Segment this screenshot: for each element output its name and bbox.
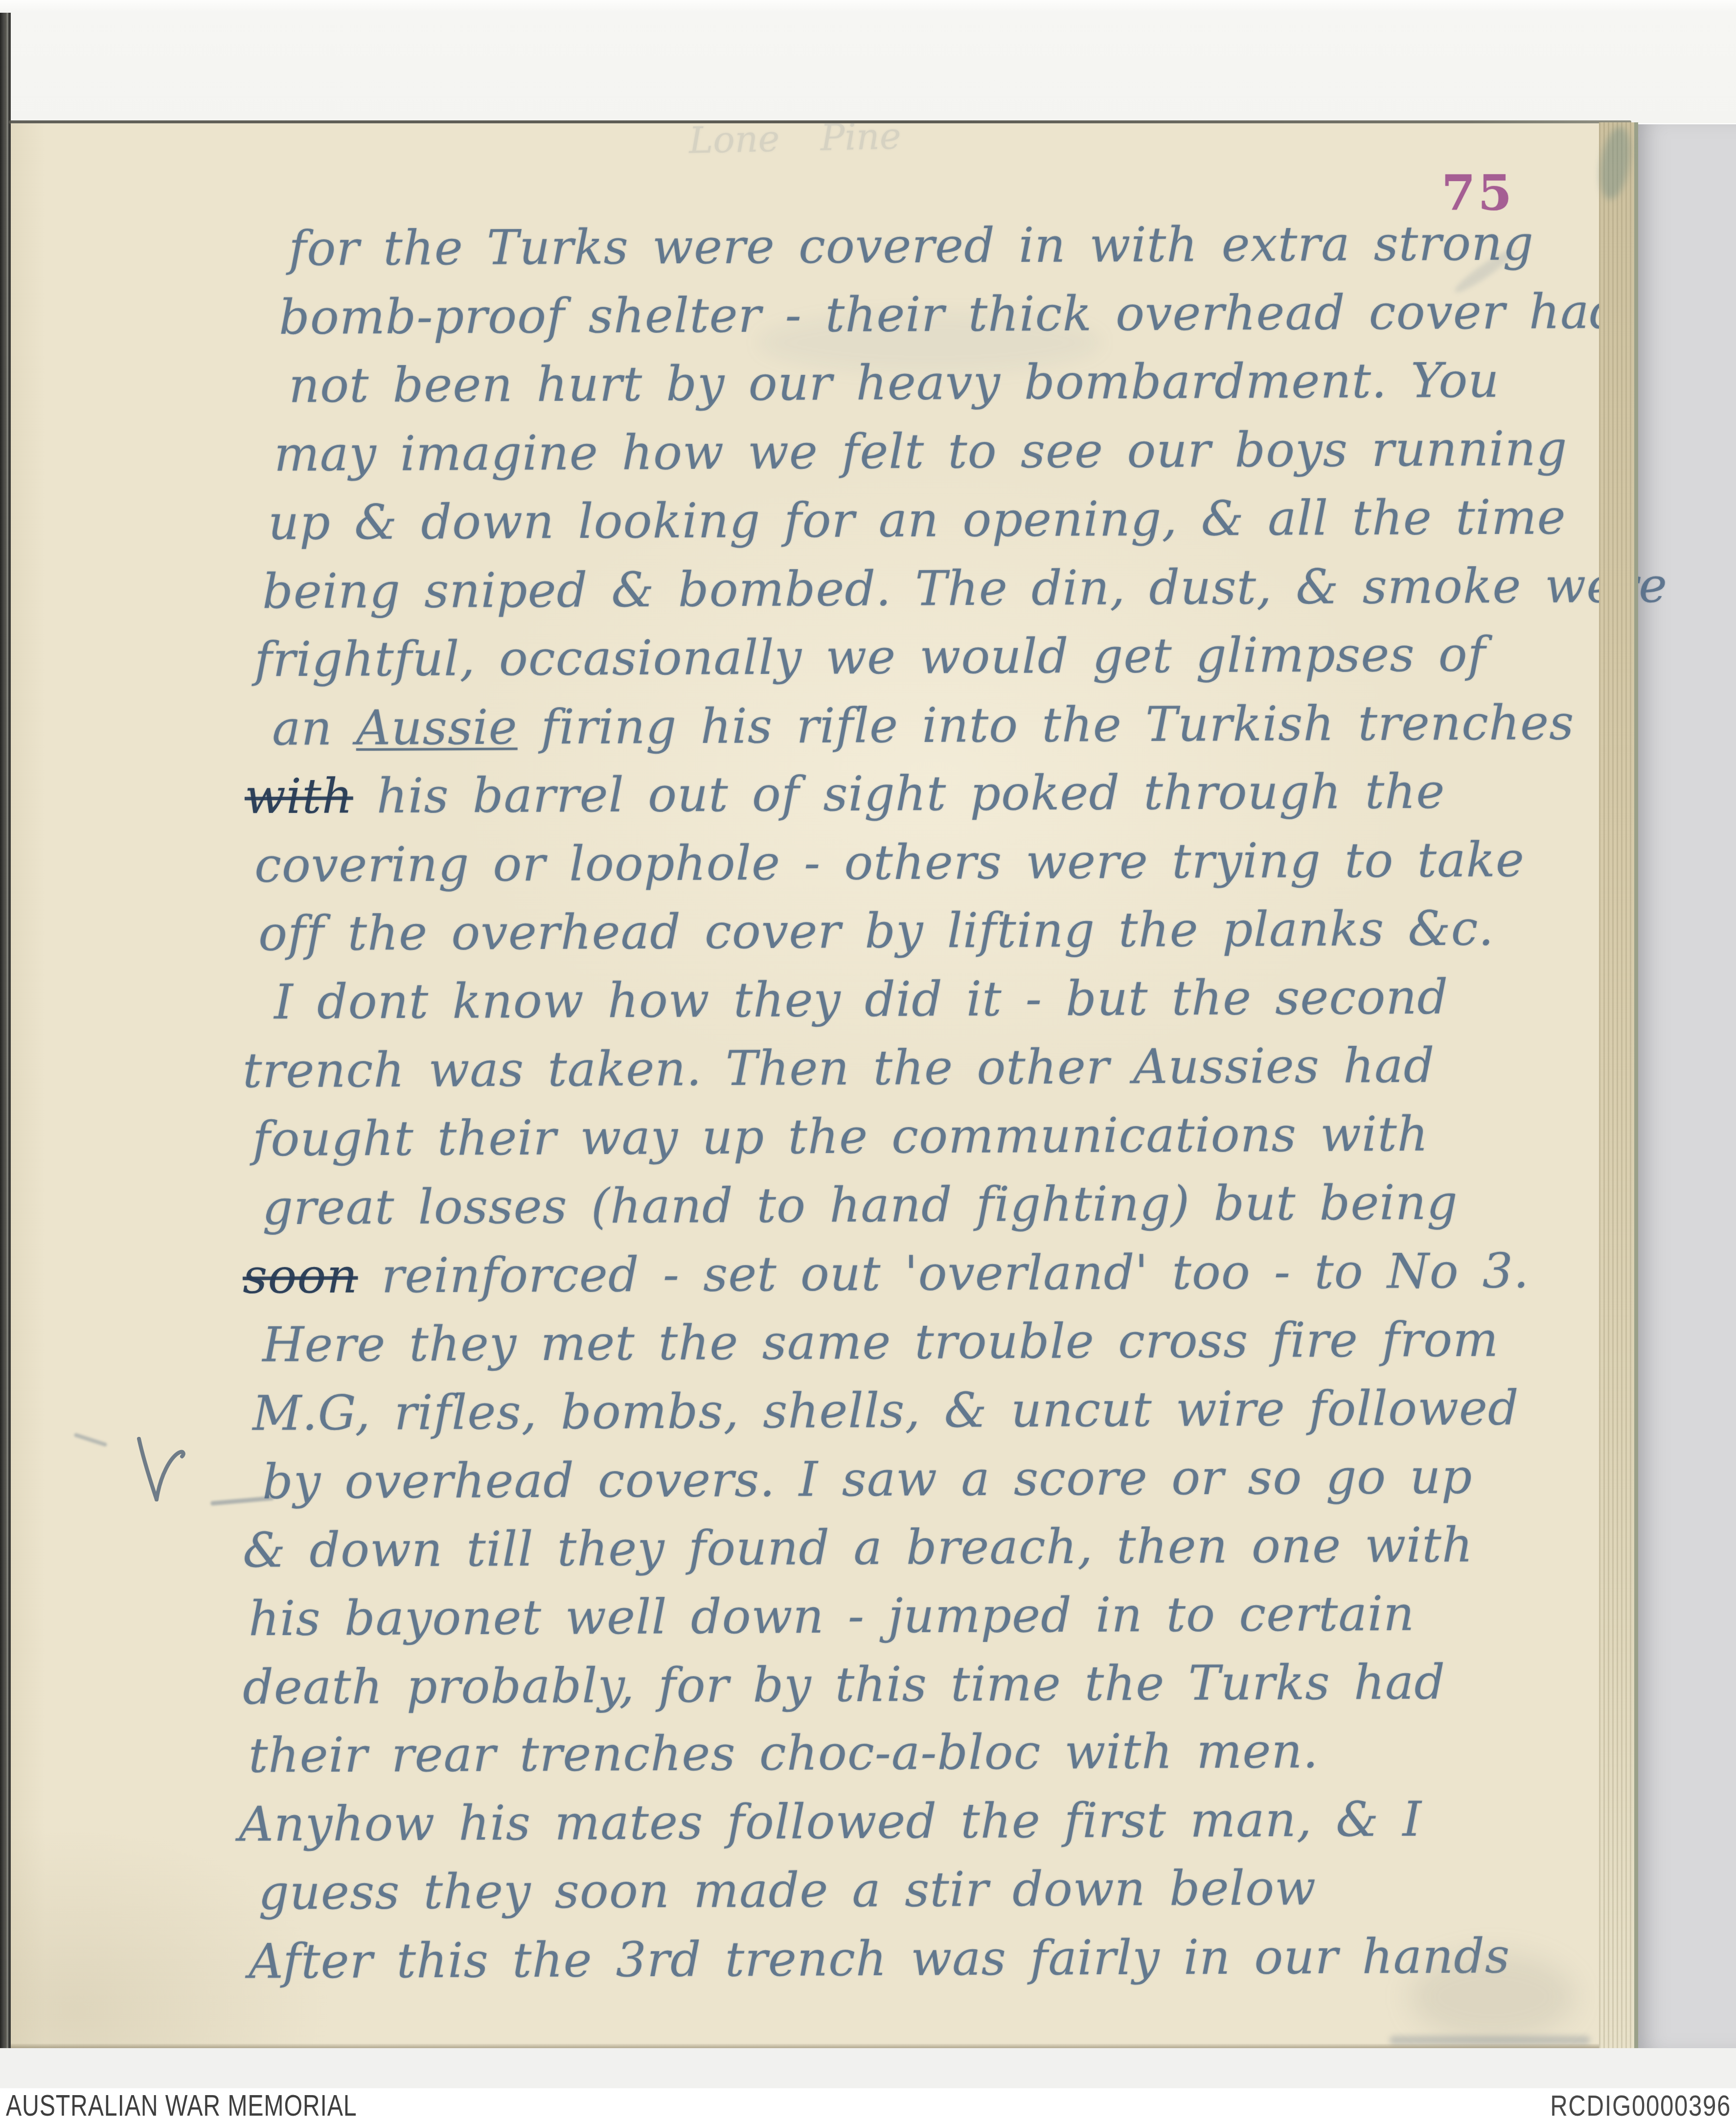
manuscript-word: looking	[578, 493, 760, 550]
manuscript-word: wire	[1176, 1381, 1286, 1437]
manuscript-word: I	[1402, 1792, 1422, 1847]
manuscript-word: Aussies	[1133, 1038, 1320, 1095]
manuscript-word: an	[878, 492, 939, 549]
manuscript-word: we	[825, 629, 896, 686]
manuscript-word: time	[1456, 489, 1566, 546]
manuscript-word: great	[262, 1179, 395, 1236]
manuscript-word: down	[309, 1522, 443, 1578]
manuscript-word: not	[289, 358, 369, 414]
manuscript-word: You	[1411, 353, 1500, 409]
manuscript-word: covered	[799, 218, 995, 275]
manuscript-word: had	[1343, 1038, 1435, 1094]
manuscript-word: trouble	[914, 1314, 1095, 1370]
manuscript-line: I dont know how they did it - but the se…	[274, 970, 1449, 1029]
manuscript-word: the	[1365, 764, 1445, 820]
manuscript-word: know	[452, 973, 584, 1029]
manuscript-line: off the overhead cover by lifting the pl…	[258, 901, 1494, 961]
manuscript-word: followed	[1309, 1380, 1519, 1437]
manuscript-line: with his barrel out of sight poked throu…	[245, 765, 1445, 824]
manuscript-word: by	[753, 1657, 812, 1713]
manuscript-word: this	[396, 1933, 489, 1989]
manuscript-word: the	[1171, 970, 1252, 1027]
manuscript-word: &	[1201, 491, 1244, 547]
manuscript-word: to	[948, 423, 997, 479]
manuscript-word: trench	[725, 1931, 888, 1987]
manuscript-word: loophole	[569, 835, 780, 892]
book-page-edges	[1599, 122, 1638, 2048]
manuscript-word: with	[1064, 1724, 1173, 1780]
manuscript-word: fought	[252, 1111, 414, 1167]
manuscript-word: dust,	[1149, 559, 1272, 616]
manuscript-word: to	[756, 1177, 806, 1233]
manuscript-word: 3.	[1482, 1243, 1529, 1299]
manuscript-word: had	[1354, 1655, 1446, 1711]
manuscript-word: but	[1213, 1176, 1296, 1232]
manuscript-word: fighting)	[976, 1176, 1190, 1233]
manuscript-word: all	[1268, 490, 1329, 547]
manuscript-word: were	[1026, 834, 1148, 890]
manuscript-word: this	[835, 1657, 928, 1713]
manuscript-word: set	[703, 1246, 777, 1303]
manuscript-word: or	[1171, 1450, 1224, 1506]
manuscript-word: I	[799, 1452, 818, 1507]
manuscript-word: overhead	[451, 904, 681, 961]
manuscript-word: a	[961, 1451, 990, 1507]
manuscript-word: death	[243, 1659, 383, 1715]
manuscript-word: opening,	[962, 491, 1178, 548]
manuscript-word: -	[1274, 1244, 1291, 1300]
manuscript-word: one	[1252, 1518, 1342, 1574]
manuscript-word: they	[733, 972, 841, 1028]
manuscript-word: certain	[1239, 1586, 1415, 1643]
manuscript-word: score	[1014, 1450, 1148, 1506]
manuscript-word: may	[274, 426, 377, 483]
manuscript-word: up	[1410, 1449, 1472, 1505]
manuscript-word: would	[919, 628, 1069, 685]
manuscript-word: &	[354, 495, 398, 551]
manuscript-word: other	[977, 1039, 1110, 1096]
manuscript-word: saw	[842, 1451, 937, 1507]
manuscript-word: fairly	[1030, 1930, 1160, 1986]
manuscript-word: but	[1066, 970, 1148, 1027]
manuscript-word: imagine	[400, 425, 598, 482]
manuscript-word: we	[748, 424, 818, 481]
manuscript-word: trying	[1172, 833, 1321, 889]
manuscript-word: bombardment.	[1024, 353, 1387, 411]
manuscript-word: to	[1345, 833, 1394, 889]
manuscript-word: Turks	[487, 220, 629, 276]
manuscript-word: -	[804, 835, 821, 891]
manuscript-word: was	[911, 1931, 1006, 1987]
manuscript-word: covers.	[598, 1452, 776, 1509]
manuscript-line: not been hurt by our heavy bombardment. …	[289, 354, 1500, 413]
manuscript-word: how	[622, 425, 725, 481]
manuscript-word: trench	[243, 1042, 405, 1099]
manuscript-word: rear	[391, 1727, 497, 1783]
footer-bar: AUSTRALIAN WAR MEMORIAL RCDIG0000396	[0, 2088, 1736, 2123]
manuscript-word: through	[1143, 764, 1342, 821]
manuscript-line: trench was taken. Then the other Aussies…	[243, 1039, 1435, 1098]
manuscript-word: mates	[554, 1795, 704, 1851]
manuscript-word: our	[1127, 422, 1211, 479]
manuscript-word: -	[1026, 971, 1043, 1027]
manuscript-line: After this the 3rd trench was fairly in …	[249, 1929, 1510, 1988]
manuscript-line: an Aussie firing his rifle into the Turk…	[272, 696, 1575, 756]
manuscript-word: below	[1169, 1860, 1316, 1916]
manuscript-word: they	[423, 1864, 531, 1920]
manuscript-word: breach,	[906, 1519, 1094, 1576]
manuscript-word: smoke	[1362, 558, 1521, 615]
manuscript-word: so	[1248, 1450, 1302, 1505]
manuscript-word: been	[392, 357, 513, 413]
manuscript-word: the	[512, 1933, 593, 1989]
manuscript-word: the	[960, 1793, 1041, 1849]
manuscript-line: up & down looking for an opening, & all …	[268, 490, 1566, 550]
manuscript-word: guess	[258, 1864, 400, 1920]
manuscript-line: their rear trenches choc-a-bloc with men…	[249, 1724, 1319, 1783]
manuscript-word: -	[847, 1589, 865, 1644]
manuscript-word: lifting	[947, 902, 1095, 959]
manuscript-word: trenches	[520, 1726, 736, 1782]
manuscript-word: &	[1296, 559, 1339, 615]
manuscript-word: others	[844, 834, 1002, 891]
manuscript-word: planks	[1222, 901, 1385, 957]
manuscript-word: Then	[726, 1040, 850, 1097]
manuscript-line: covering or loophole - others were tryin…	[254, 833, 1525, 892]
underlined-word: Aussie	[356, 700, 517, 756]
manuscript-word: firing	[541, 699, 677, 755]
manuscript-word: in	[1019, 218, 1066, 274]
manuscript-word: strong	[1373, 215, 1534, 272]
paper-stain	[1409, 1953, 1576, 2041]
manuscript-word: into	[922, 697, 1018, 754]
manuscript-line: his bayonet well down - jumped in to cer…	[249, 1587, 1415, 1646]
manuscript-word: heavy	[856, 355, 1001, 411]
manuscript-word: occasionally	[499, 630, 802, 687]
footer-institution-label: AUSTRALIAN WAR MEMORIAL	[6, 2091, 357, 2121]
manuscript-word: then	[1117, 1519, 1228, 1575]
manuscript-word: for	[784, 493, 855, 549]
manuscript-word: fire	[1272, 1313, 1358, 1369]
manuscript-word: covering	[254, 837, 470, 894]
manuscript-word: shells,	[763, 1383, 921, 1439]
struck-word: with	[245, 768, 353, 825]
manuscript-line: soon reinforced - set out 'overland' too…	[243, 1244, 1530, 1303]
manuscript-word: take	[1417, 832, 1525, 888]
manuscript-word: too	[1172, 1245, 1251, 1301]
manuscript-word: first	[1064, 1793, 1167, 1849]
manuscript-word: for	[289, 221, 360, 277]
manuscript-word: our	[1254, 1929, 1338, 1985]
manuscript-word: M.G,	[252, 1385, 371, 1442]
manuscript-word: his	[249, 1591, 321, 1647]
manuscript-word: &	[1336, 1792, 1379, 1847]
manuscript-word: by	[865, 903, 924, 960]
manuscript-word: get	[1092, 628, 1172, 684]
manuscript-word: his	[377, 768, 449, 825]
manuscript-line: Here they met the same trouble cross fir…	[262, 1313, 1499, 1372]
manuscript-word: The	[915, 561, 1008, 617]
manuscript-word: for	[658, 1658, 730, 1714]
manuscript-word: sniped	[424, 562, 588, 619]
manuscript-line: may imagine how we felt to see our boys …	[274, 422, 1568, 482]
manuscript-word: cover	[1369, 284, 1506, 341]
manuscript-line: fought their way up the communications w…	[252, 1108, 1429, 1166]
manuscript-word: communications	[891, 1107, 1297, 1165]
manuscript-word: down	[691, 1589, 824, 1645]
manuscript-word: man,	[1190, 1792, 1312, 1848]
manuscript-word: &	[243, 1523, 286, 1578]
manuscript-word: the	[659, 1315, 739, 1371]
footer-reference-id: RCDIG0000396	[1550, 2091, 1731, 2121]
manuscript-word: reinforced	[381, 1247, 640, 1304]
manuscript-line: & down till they found a breach, then on…	[243, 1519, 1473, 1578]
scanner-backing-bottom	[0, 2048, 1736, 2088]
manuscript-word: up	[268, 495, 331, 551]
manuscript-word: of	[752, 766, 800, 822]
manuscript-word: cross	[1118, 1313, 1249, 1369]
manuscript-word: his	[700, 698, 773, 755]
manuscript-word: a	[852, 1862, 881, 1918]
manuscript-word: Anyhow	[239, 1796, 435, 1853]
manuscript-word: met	[540, 1315, 635, 1372]
manuscript-word: men.	[1196, 1723, 1319, 1779]
manuscript-word: &	[611, 562, 655, 618]
manuscript-word: till	[466, 1522, 534, 1578]
manuscript-word: in	[1184, 1930, 1231, 1985]
manuscript-word: made	[693, 1863, 829, 1919]
manuscript-word: from	[1382, 1312, 1499, 1368]
manuscript-word: was	[428, 1042, 524, 1098]
manuscript-word: shelter	[588, 288, 761, 345]
manuscript-word: thick	[968, 286, 1093, 343]
manuscript-word: our	[748, 356, 832, 412]
manuscript-word: poked	[970, 765, 1120, 822]
scanned-diary-page: Lone Pine 75 for the Turks were covered …	[0, 0, 1736, 2123]
manuscript-word: cover	[705, 903, 842, 960]
manuscript-line: bomb-proof shelter - their thick overhea…	[279, 285, 1621, 345]
manuscript-line: M.G, rifles, bombs, shells, & uncut wire…	[252, 1381, 1519, 1440]
manuscript-word: taken.	[548, 1041, 702, 1097]
manuscript-word: to	[1314, 1244, 1364, 1300]
manuscript-word: by	[262, 1454, 321, 1510]
manuscript-word: did	[865, 971, 943, 1028]
manuscript-word: they	[557, 1521, 665, 1577]
manuscript-word: glimpses	[1196, 627, 1415, 684]
manuscript-word: uncut	[1011, 1382, 1152, 1438]
manuscript-word: frightful,	[254, 631, 476, 688]
manuscript-word: they	[409, 1316, 517, 1372]
manuscript-word: choc-a-bloc	[759, 1725, 1041, 1782]
manuscript-line: great losses (hand to hand fighting) but…	[262, 1176, 1458, 1235]
manuscript-word: barrel	[473, 767, 625, 824]
manuscript-word: time	[951, 1656, 1061, 1712]
manuscript-word: felt	[842, 424, 924, 480]
manuscript-word: dont	[317, 974, 429, 1030]
manuscript-word: trenches	[1358, 695, 1574, 752]
manuscript-word: the	[383, 220, 463, 277]
manuscript-word: way	[580, 1109, 678, 1166]
manuscript-word: with	[1089, 217, 1198, 273]
manuscript-word: the	[873, 1040, 953, 1096]
manuscript-word: (hand	[591, 1178, 733, 1234]
manuscript-word: how	[608, 972, 710, 1029]
manuscript-word: -	[663, 1247, 680, 1303]
manuscript-word: off	[258, 906, 324, 962]
manuscript-word: bombs,	[561, 1384, 739, 1440]
manuscript-word: the	[1085, 1656, 1165, 1712]
manuscript-text-block: for the Turks were covered in with extra…	[0, 0, 1736, 2123]
manuscript-word: the	[1352, 490, 1432, 546]
manuscript-line: Anyhow his mates followed the first man,…	[239, 1793, 1422, 1852]
manuscript-word: the	[1042, 697, 1122, 753]
manuscript-word: being	[262, 563, 401, 620]
manuscript-word: to	[1166, 1587, 1215, 1643]
manuscript-word: with	[1320, 1107, 1429, 1163]
manuscript-word: overhead	[1116, 285, 1346, 342]
manuscript-word: After	[249, 1934, 373, 1990]
manuscript-line: for the Turks were covered in with extra…	[289, 216, 1534, 276]
manuscript-word: No	[1387, 1244, 1459, 1300]
manuscript-word: up	[702, 1109, 764, 1166]
manuscript-word: bayonet	[344, 1590, 542, 1647]
manuscript-word: Turks	[1188, 1655, 1330, 1711]
manuscript-word: 'overland'	[904, 1245, 1148, 1302]
manuscript-word: hurt	[536, 356, 642, 413]
manuscript-word: their	[249, 1728, 368, 1784]
manuscript-word: jumped	[888, 1588, 1072, 1644]
manuscript-word: or	[493, 836, 546, 892]
manuscript-word: the	[347, 905, 428, 962]
manuscript-word: extra	[1221, 216, 1350, 273]
manuscript-word: with	[1365, 1518, 1473, 1574]
manuscript-word: out	[648, 767, 729, 823]
manuscript-word: being	[1319, 1175, 1458, 1231]
manuscript-word: stir	[905, 1862, 989, 1918]
manuscript-word: sight	[823, 766, 946, 822]
manuscript-line: by overhead covers. I saw a score or so …	[262, 1450, 1473, 1509]
manuscript-word: bomb-proof	[279, 288, 565, 346]
manuscript-word: losses	[418, 1179, 568, 1235]
manuscript-word: a	[853, 1520, 883, 1576]
manuscript-word: din,	[1031, 560, 1126, 617]
manuscript-word: followed	[727, 1794, 937, 1850]
manuscript-word: second	[1275, 969, 1449, 1026]
manuscript-word: the	[788, 1109, 868, 1165]
manuscript-word: were	[652, 219, 775, 275]
manuscript-word: the	[1119, 902, 1199, 958]
manuscript-word: &	[944, 1383, 987, 1438]
manuscript-word: in	[1096, 1587, 1143, 1643]
manuscript-line: death probably, for by this time the Tur…	[243, 1656, 1446, 1715]
manuscript-word: his	[458, 1796, 531, 1852]
page-bottom-shadow-line	[11, 2044, 1599, 2048]
margin-check-mark	[128, 1430, 206, 1513]
manuscript-word: their	[825, 287, 945, 343]
manuscript-word: I	[274, 974, 294, 1030]
manuscript-word: same	[762, 1315, 891, 1371]
manuscript-word: down	[1012, 1861, 1146, 1917]
manuscript-word: an	[272, 700, 333, 757]
manuscript-word: -	[785, 287, 802, 343]
manuscript-word: bombed.	[678, 561, 892, 618]
manuscript-line: frightful, occasionally we would get gli…	[254, 628, 1486, 687]
manuscript-word: Turkish	[1145, 696, 1335, 753]
manuscript-word: by	[666, 356, 725, 413]
manuscript-word: found	[688, 1520, 830, 1576]
manuscript-word: of	[1438, 627, 1486, 683]
struck-word: soon	[243, 1248, 358, 1305]
manuscript-word: rifles,	[394, 1385, 537, 1441]
manuscript-word: running	[1371, 421, 1568, 478]
manuscript-word: down	[421, 494, 554, 550]
manuscript-word: overhead	[344, 1453, 574, 1510]
manuscript-word: rifle	[796, 698, 898, 754]
manuscript-word: see	[1021, 423, 1104, 479]
manuscript-word: boys	[1234, 422, 1348, 478]
manuscript-word: go	[1325, 1449, 1386, 1505]
manuscript-word: out	[800, 1246, 881, 1302]
manuscript-word: hand	[829, 1177, 953, 1233]
manuscript-word: it	[966, 971, 1002, 1027]
manuscript-word: soon	[554, 1863, 670, 1919]
manuscript-word: Here	[262, 1316, 386, 1373]
manuscript-line: being sniped & bombed. The din, dust, & …	[262, 559, 1668, 619]
manuscript-line: guess they soon made a stir down below	[258, 1861, 1316, 1919]
manuscript-word: probably,	[407, 1658, 635, 1715]
manuscript-word: &c.	[1408, 900, 1494, 957]
manuscript-word: well	[565, 1589, 667, 1645]
manuscript-word: 3rd	[616, 1932, 701, 1988]
manuscript-word: their	[437, 1110, 557, 1167]
